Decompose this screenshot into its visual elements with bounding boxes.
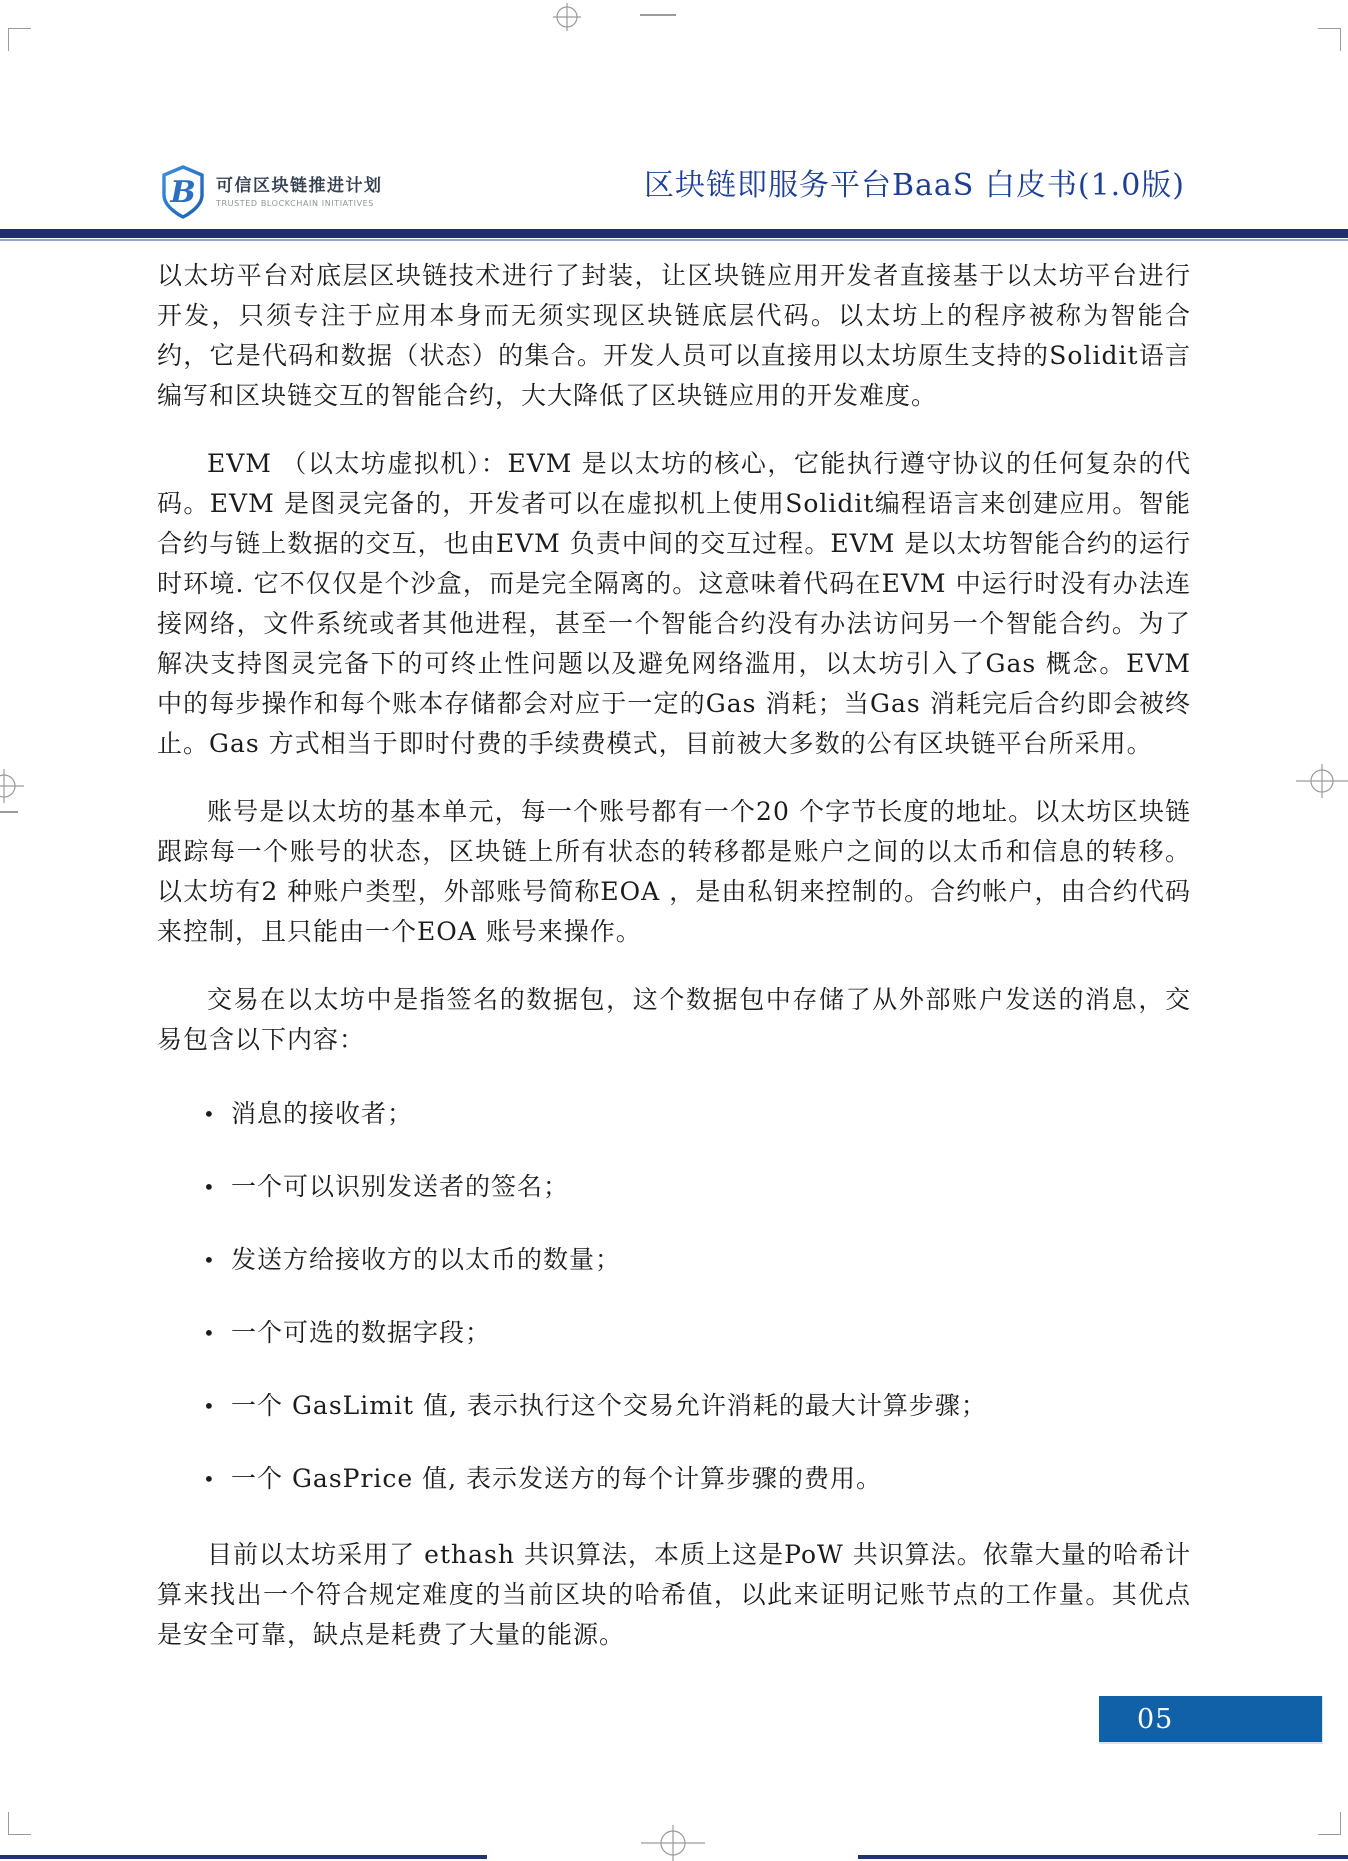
- page-number-badge: 05: [1099, 1696, 1323, 1744]
- bullet-icon: •: [203, 1386, 231, 1426]
- list-item-text: 一个可选的数据字段；: [231, 1313, 1191, 1353]
- bullet-icon: •: [203, 1459, 231, 1499]
- list-item-text: 一个 GasPrice 值, 表示发送方的每个计算步骤的费用。: [231, 1459, 1191, 1499]
- paragraph: 交易在以太坊中是指签名的数据包，这个数据包中存储了从外部账户发送的消息，交易包含…: [157, 980, 1191, 1060]
- document-body: 以太坊平台对底层区块链技术进行了封装，让区块链应用开发者直接基于以太坊平台进行开…: [157, 256, 1191, 1683]
- footer-rule-right: [858, 1855, 1348, 1859]
- header-rule-light: [0, 239, 1348, 241]
- list-item-text: 一个可以识别发送者的签名；: [231, 1167, 1191, 1207]
- registration-mark-bottom-icon: [641, 1825, 705, 1861]
- crop-mark-top-right-icon: [1318, 28, 1341, 51]
- list-item: • 发送方给接收方的以太币的数量；: [203, 1240, 1191, 1280]
- header-rule-dark: [0, 229, 1348, 238]
- bullet-icon: •: [203, 1240, 231, 1280]
- crop-mark-top-left-icon: [8, 28, 31, 51]
- crop-mark-bottom-right-icon: [1318, 1812, 1341, 1835]
- document-page: B 可信区块链推进计划 TRUSTED BLOCKCHAIN INITIATIV…: [0, 0, 1348, 1861]
- registration-mark-left-icon: [0, 769, 24, 803]
- page-title: 区块链即服务平台BaaS 白皮书(1.0版): [644, 160, 1185, 204]
- list-item-text: 消息的接收者；: [231, 1094, 1191, 1134]
- logo: B 可信区块链推进计划 TRUSTED BLOCKCHAIN INITIATIV…: [160, 165, 383, 219]
- logo-subtitle: TRUSTED BLOCKCHAIN INITIATIVES: [216, 199, 383, 208]
- list-item: • 一个可以识别发送者的签名；: [203, 1167, 1191, 1207]
- bullet-icon: •: [203, 1313, 231, 1353]
- trim-dash-left-icon: [0, 811, 18, 813]
- list-item: • 一个可选的数据字段；: [203, 1313, 1191, 1353]
- paragraph: 账号是以太坊的基本单元，每一个账号都有一个20 个字节长度的地址。以太坊区块链跟…: [157, 792, 1191, 952]
- list-item: • 消息的接收者；: [203, 1094, 1191, 1134]
- logo-title: 可信区块链推进计划: [216, 176, 383, 196]
- list-item: • 一个 GasLimit 值, 表示执行这个交易允许消耗的最大计算步骤；: [203, 1386, 1191, 1426]
- bullet-icon: •: [203, 1094, 231, 1134]
- crop-mark-bottom-left-icon: [8, 1812, 31, 1835]
- svg-text:B: B: [169, 175, 195, 210]
- paragraph: EVM （以太坊虚拟机）：EVM 是以太坊的核心，它能执行遵守协议的任何复杂的代…: [157, 444, 1191, 764]
- list-item-text: 一个 GasLimit 值, 表示执行这个交易允许消耗的最大计算步骤；: [231, 1386, 1191, 1426]
- list-item: • 一个 GasPrice 值, 表示发送方的每个计算步骤的费用。: [203, 1459, 1191, 1499]
- registration-mark-right-icon: [1296, 764, 1348, 798]
- registration-mark-top-icon: [553, 3, 581, 31]
- list-item-text: 发送方给接收方的以太币的数量；: [231, 1240, 1191, 1280]
- paragraph: 以太坊平台对底层区块链技术进行了封装，让区块链应用开发者直接基于以太坊平台进行开…: [157, 256, 1191, 416]
- trim-dash-top-icon: [640, 14, 676, 16]
- bullet-icon: •: [203, 1167, 231, 1207]
- tbi-shield-logo-icon: B: [160, 165, 206, 219]
- footer-rule-left: [0, 1855, 487, 1859]
- paragraph: 目前以太坊采用了 ethash 共识算法，本质上这是PoW 共识算法。依靠大量的…: [157, 1535, 1191, 1655]
- transaction-content-list: • 消息的接收者； • 一个可以识别发送者的签名； • 发送方给接收方的以太币的…: [157, 1094, 1191, 1499]
